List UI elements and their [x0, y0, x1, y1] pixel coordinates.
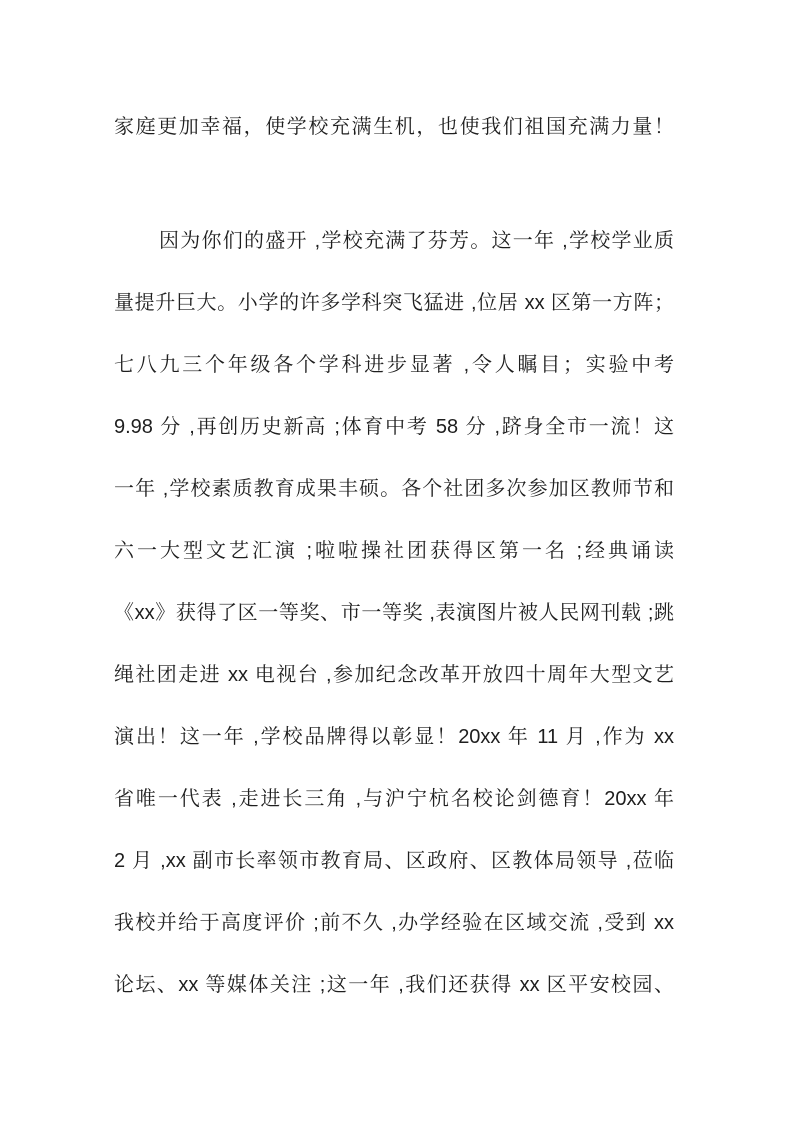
document-line: 因为你们的盛开 ,学校充满了芬芳。这一年 ,学校学业质 [114, 210, 674, 272]
document-line: 省唯一代表 ,走进长三角 ,与沪宁杭名校论剑德育！20xx 年 [114, 768, 674, 830]
document-line: 绳社团走进 xx 电视台 ,参加纪念改革开放四十周年大型文艺 [114, 644, 674, 706]
paragraph-spacer [114, 158, 674, 210]
document-line: 量提升巨大。小学的许多学科突飞猛进 ,位居 xx 区第一方阵； [114, 272, 674, 334]
document-line: 演出！这一年 ,学校品牌得以彰显！20xx 年 11 月 ,作为 xx [114, 706, 674, 768]
document-line: 一年 ,学校素质教育成果丰硕。各个社团多次参加区教师节和 [114, 458, 674, 520]
document-line: 论坛、xx 等媒体关注 ;这一年 ,我们还获得 xx 区平安校园、 [114, 954, 674, 1016]
document-line: 七八九三个年级各个学科进步显著 ,令人瞩目；实验中考 [114, 334, 674, 396]
document-page: 家庭更加幸福，使学校充满生机，也使我们祖国充满力量！ 因为你们的盛开 ,学校充满… [0, 0, 793, 1122]
document-line: 《xx》获得了区一等奖、市一等奖 ,表演图片被人民网刊载 ;跳 [114, 582, 674, 644]
document-line: 我校并给于高度评价 ;前不久 ,办学经验在区域交流 ,受到 xx [114, 892, 674, 954]
document-line: 家庭更加幸福，使学校充满生机，也使我们祖国充满力量！ [114, 96, 674, 158]
document-line: 9.98 分 ,再创历史新高 ;体育中考 58 分 ,跻身全市一流！这 [114, 396, 674, 458]
document-line: 2 月 ,xx 副市长率领市教育局、区政府、区教体局领导 ,莅临 [114, 830, 674, 892]
document-line: 六一大型文艺汇演 ;啦啦操社团获得区第一名 ;经典诵读 [114, 520, 674, 582]
